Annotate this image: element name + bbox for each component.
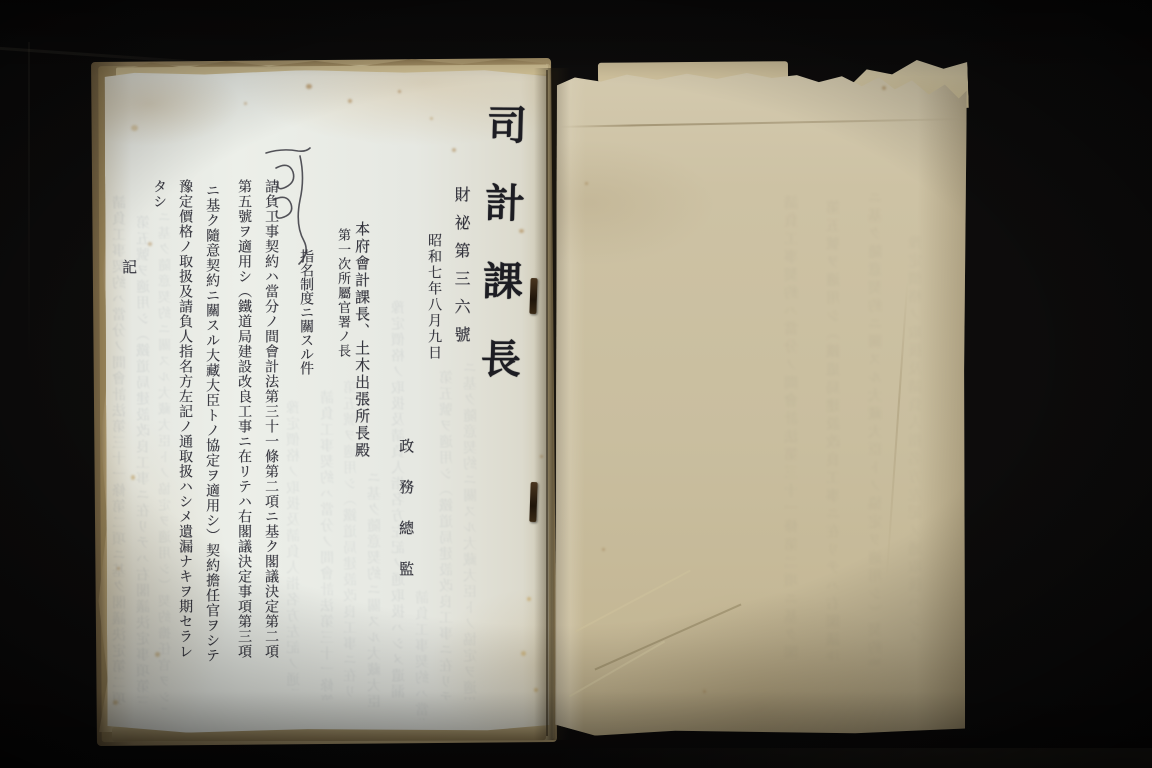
ghost-text-column: 請負工事契約ハ當分ノ間會計法第三十一條第二項ニ基ク閣議決定第二項 <box>782 195 802 660</box>
foxing-spot <box>602 548 605 551</box>
staple-bottom <box>529 482 537 522</box>
case-frame-edge <box>28 42 30 362</box>
recipient-primary-column: 本府會計課長、土木出張所長殿 <box>352 221 373 459</box>
foxing-spot <box>155 652 160 657</box>
foxing-spot <box>521 651 526 656</box>
ghost-text-column: 豫定價格ノ取扱及請負人指名方左記ノ通取扱ハシメ遺漏ナキヲ期セラレ <box>284 400 304 690</box>
ghost-text-column: 請負工事契約ハ當分ノ間會計法第三十一條第二項ニ基ク閣議決定第二項 <box>413 590 433 720</box>
ghost-text-column: ニ基ク隨意契約ニ關スル大藏大臣トノ協定ヲ適用シ）契約擔任官ヲシテ <box>157 210 176 710</box>
body-column-2: 第五號ヲ適用シ（鐵道局建設改良工事ニ在リテハ右閣議決定事項第三項 <box>234 179 254 659</box>
body-column-3: ニ基ク隨意契約ニ關スル大藏大臣トノ協定ヲ適用シ）契約擔任官ヲシテ <box>202 183 222 663</box>
foxing-spot <box>430 117 433 120</box>
binding-seam-line <box>546 70 548 736</box>
ghost-text-column: 請負工事契約ハ當分ノ間會計法第三十一條第二項ニ基ク閣議決定第二項 <box>318 390 338 700</box>
body-column-5: タシ <box>149 179 169 209</box>
body-column-4: 豫定價格ノ取扱及請負人指名方左記ノ通取扱ハシメ遺漏ナキヲ期セラレ <box>175 179 195 659</box>
foxing-spot <box>131 125 138 131</box>
ghost-text-column: ニ基ク隨意契約ニ關スル大藏大臣トノ協定ヲ適用シ）契約擔任官ヲシテ <box>866 190 886 665</box>
foxing-spot <box>306 84 312 89</box>
handwritten-routing-title: 司計課長 <box>468 104 533 416</box>
foxing-spot <box>703 690 706 693</box>
list-marker: 記 <box>119 259 140 274</box>
staple-top <box>529 278 537 314</box>
foxing-spot <box>882 86 886 90</box>
foxing-spot <box>148 242 152 246</box>
recipient-secondary-column: 第一次所屬官署ノ長 <box>333 228 352 359</box>
foxing-spot <box>585 182 588 185</box>
sender-column: 政務總監 <box>396 438 417 602</box>
foxing-spot <box>527 597 531 601</box>
foxing-spot <box>398 90 401 93</box>
ghost-text-column: 第五號ヲ適用シ（鐵道局建設改良工事ニ在リテハ右閣議決定事項第三項 <box>437 370 457 700</box>
foxing-spot <box>452 148 456 152</box>
foxing-spot <box>244 102 247 105</box>
ghost-text-column: 豫定價格ノ取扱及請負人指名方左記ノ通取扱ハシメ遺漏ナキヲ期セラレ <box>906 235 926 645</box>
ghost-text-column: 第五號ヲ適用シ（鐵道局建設改良工事ニ在リテハ右閣議決定事項第三項 <box>824 200 844 660</box>
foxing-spot <box>131 475 135 480</box>
case-floor-reflection <box>560 748 1152 768</box>
ghost-text-column: 第五號ヲ適用シ（鐵道局建設改良工事ニ在リテハ右閣議決定事項第三項 <box>134 215 154 705</box>
handwritten-annotation <box>254 146 318 278</box>
binding-gutter-shadow <box>534 68 570 740</box>
foxing-spot <box>117 567 120 570</box>
foxing-spot <box>113 700 118 705</box>
date-column: 昭和七年八月九日 <box>424 233 444 361</box>
ghost-text-column: ニ基ク隨意契約ニ關スル大藏大臣トノ協定ヲ適用シ）契約擔任官ヲシテ <box>365 470 385 710</box>
photo-of-archival-document: 請負工事契約ハ當分ノ間會計法第三十一條第二項ニ基ク閣議決定第二項 第五號ヲ適用シ… <box>0 0 1152 768</box>
foxing-spot <box>348 99 352 103</box>
